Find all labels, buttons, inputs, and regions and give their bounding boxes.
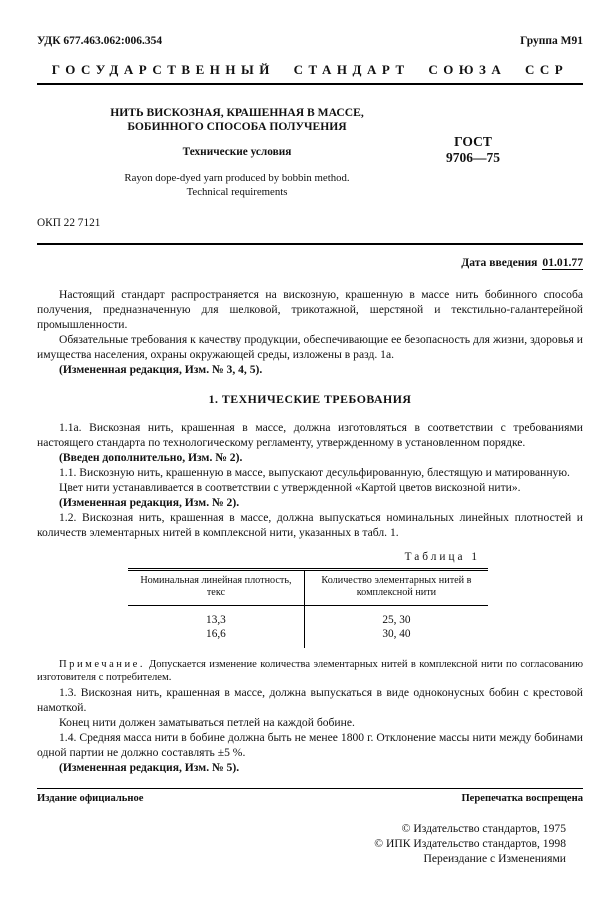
clause-1-1a: 1.1а. Вискозная нить, крашенная в массе,… — [37, 420, 583, 450]
reissue-note: Переиздание с Изменениями — [37, 851, 566, 866]
document-page: УДК 677.463.062:006.354 Группа М91 ГОСУД… — [0, 0, 612, 917]
english-title-line2: Technical requirements — [37, 186, 437, 200]
table-1-caption: Таблица 1 — [128, 550, 488, 565]
header-rule — [37, 243, 583, 244]
clause-color: Цвет нити устанавливается в соответствии… — [37, 480, 583, 495]
udk-number: УДК 677.463.062:006.354 — [37, 34, 162, 49]
table-1: Номинальная линейная плотность, текс Кол… — [128, 568, 488, 648]
official-edition-label: Издание официальное — [37, 791, 144, 806]
document-title-line1: НИТЬ ВИСКОЗНАЯ, КРАШЕННАЯ В МАССЕ, — [37, 106, 437, 120]
copyright-line-1975: © Издательство стандартов, 1975 — [37, 821, 566, 836]
table-row: 13,3 25, 30 — [128, 605, 488, 627]
gost-number: 9706—75 — [433, 150, 513, 166]
english-title-block: Rayon dope-dyed yarn produced by bobbin … — [37, 172, 437, 199]
intro-paragraph-1: Настоящий стандарт распространяется на в… — [37, 287, 583, 332]
intro-paragraph-2: Обязательные требования к качеству проду… — [37, 332, 583, 362]
table-1-wrapper: Таблица 1 Номинальная линейная плотность… — [128, 550, 488, 648]
table-1-col-header-density: Номинальная линейная плотность, текс — [128, 569, 304, 605]
table-1-header-row: Номинальная линейная плотность, текс Кол… — [128, 569, 488, 605]
note-label: Примечание. — [59, 659, 145, 670]
banner-rule — [37, 83, 583, 85]
clause-1-1a-note: (Введен дополнительно, Изм. № 2). — [37, 450, 583, 465]
group-label: Группа М91 — [520, 34, 583, 49]
table-note: Примечание.Допускается изменение количес… — [37, 658, 583, 685]
document-subtitle: Технические условия — [37, 145, 437, 160]
date-label: Дата введения — [461, 256, 537, 269]
clause-color-note: (Измененная редакция, Изм. № 2). — [37, 495, 583, 510]
english-title-line1: Rayon dope-dyed yarn produced by bobbin … — [37, 172, 437, 186]
title-block: НИТЬ ВИСКОЗНАЯ, КРАШЕННАЯ В МАССЕ, БОБИН… — [37, 106, 583, 199]
clause-1-4: 1.4. Средняя масса нити в бобине должна … — [37, 730, 583, 760]
footer-rule — [37, 788, 583, 789]
clause-1-2: 1.2. Вискозная нить, крашенная в массе, … — [37, 510, 583, 540]
okp-code: ОКП 22 7121 — [37, 216, 583, 231]
title-column: НИТЬ ВИСКОЗНАЯ, КРАШЕННАЯ В МАССЕ, БОБИН… — [37, 106, 437, 199]
gost-label: ГОСТ — [433, 134, 513, 150]
introduction-date: Дата введения01.01.77 — [37, 255, 583, 270]
date-value: 01.01.77 — [542, 256, 583, 270]
copyright-block: © Издательство стандартов, 1975 © ИПК Из… — [37, 821, 583, 866]
table-cell-density: 13,3 — [128, 605, 304, 627]
clause-1-4-note: (Измененная редакция, Изм. № 5). — [37, 760, 583, 775]
table-1-col-header-filaments: Количество элементарных нитей в комплекс… — [304, 569, 488, 605]
clause-1-3: 1.3. Вискозная нить, крашенная в массе, … — [37, 685, 583, 715]
table-cell-density: 16,6 — [128, 627, 304, 648]
standard-banner: ГОСУДАРСТВЕННЫЙ СТАНДАРТ СОЮЗА ССР — [37, 62, 583, 77]
table-row: 16,6 30, 40 — [128, 627, 488, 648]
document-title-line2: БОБИННОГО СПОСОБА ПОЛУЧЕНИЯ — [37, 120, 437, 134]
top-meta-row: УДК 677.463.062:006.354 Группа М91 — [37, 34, 583, 49]
gost-designation: ГОСТ 9706—75 — [433, 134, 513, 166]
intro-amendment-note: (Измененная редакция, Изм. № 3, 4, 5). — [37, 362, 583, 377]
table-cell-filaments: 30, 40 — [304, 627, 488, 648]
section-1-heading: 1. ТЕХНИЧЕСКИЕ ТРЕБОВАНИЯ — [37, 392, 583, 407]
clause-1-3b: Конец нити должен заматываться петлей на… — [37, 715, 583, 730]
table-cell-filaments: 25, 30 — [304, 605, 488, 627]
footer-row: Издание официальное Перепечатка воспреще… — [37, 791, 583, 806]
copyright-line-1998: © ИПК Издательство стандартов, 1998 — [37, 836, 566, 851]
reprint-prohibited-label: Перепечатка воспрещена — [461, 791, 583, 806]
clause-1-1: 1.1. Вискозную нить, крашенную в массе, … — [37, 465, 583, 480]
